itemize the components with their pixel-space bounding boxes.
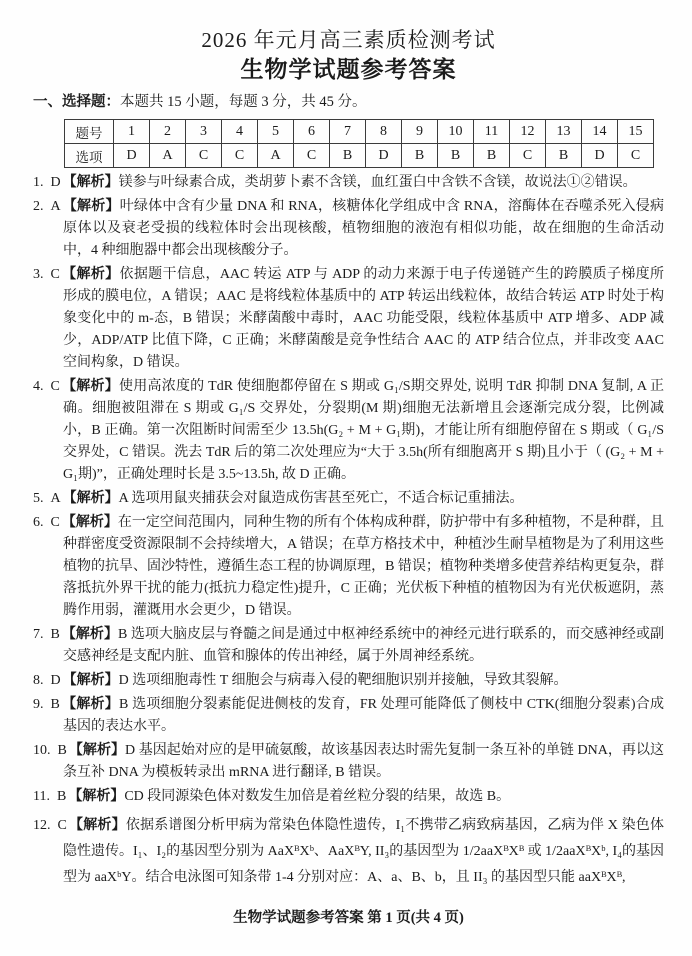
item-number: 11.	[33, 789, 50, 804]
item-number: 4.	[33, 379, 44, 394]
question-number-cell: 15	[618, 120, 654, 144]
explanation-item-10: 10.B【解析】D 基因起始对应的是甲硫氨酸，故该基因表达时需先复制一条互补的单…	[33, 740, 664, 784]
answer-cell: C	[294, 144, 330, 168]
analysis-tag: 【解析】	[62, 379, 119, 394]
item-text: D 基因起始对应的是甲硫氨酸，故该基因表达时需先复制一条互补的单链 DNA，再以…	[63, 743, 664, 780]
item-text: 叶绿体中含有少量 DNA 和 RNA，核糖体化学组成中含 RNA，溶酶体在吞噬杀…	[63, 199, 664, 258]
section-description: 本题共 15 小题，每题 3 分，共 45 分。	[120, 94, 367, 110]
row-header-question-number: 题号	[65, 120, 114, 144]
item-text: B 选项大脑皮层与脊髓之间是通过中枢神经系统中的神经元进行联系的，而交感神经或副…	[63, 627, 664, 664]
item-number: 6.	[33, 515, 44, 530]
item-number: 12.	[33, 818, 51, 833]
analysis-tag: 【解析】	[62, 627, 118, 642]
explanation-item-4: 4.C【解析】使用高浓度的 TdR 使细胞都停留在 S 期或 G₁/S期交界处,…	[33, 376, 664, 486]
section-label: 一、选择题：	[33, 94, 120, 110]
item-answer: C	[51, 379, 60, 394]
explanation-item-9: 9.B【解析】B 选项细胞分裂素能促进侧枝的发育，FR 处理可能降低了侧枝中 C…	[33, 694, 664, 738]
analysis-tag: 【解析】	[62, 267, 120, 282]
item-text: 镁参与叶绿素合成，类胡萝卜素不含镁，血红蛋白中含铁不含镁，故说法①②错误。	[119, 175, 637, 190]
answer-cell: B	[438, 144, 474, 168]
question-number-cell: 5	[258, 120, 294, 144]
answer-cell: A	[150, 144, 186, 168]
analysis-tag: 【解析】	[69, 743, 125, 758]
item-number: 3.	[33, 267, 44, 282]
question-number-cell: 12	[510, 120, 546, 144]
item-answer: C	[51, 267, 60, 282]
explanation-item-3: 3.C【解析】依据题干信息，AAC 转运 ATP 与 ADP 的动力来源于电子传…	[33, 264, 664, 374]
item-answer: C	[58, 818, 67, 833]
page-subtitle: 生物学试题参考答案	[33, 54, 664, 86]
question-number-cell: 9	[402, 120, 438, 144]
item-text: 依据系谱图分析甲病为常染色体隐性遗传，I₁不携带乙病致病基因，乙病为伴 X 染色…	[63, 818, 664, 885]
question-number-cell: 2	[150, 120, 186, 144]
question-number-cell: 7	[330, 120, 366, 144]
item-answer: B	[51, 697, 60, 712]
item-answer: D	[51, 673, 61, 688]
analysis-tag: 【解析】	[68, 789, 124, 804]
explanation-item-12: 12.C【解析】依据系谱图分析甲病为常染色体隐性遗传，I₁不携带乙病致病基因，乙…	[33, 813, 664, 891]
item-number: 8.	[33, 673, 44, 688]
section-heading: 一、选择题：本题共 15 小题，每题 3 分，共 45 分。	[33, 90, 664, 114]
answer-option-row: 选项 D A C C A C B D B B B C B D C	[65, 144, 654, 168]
answer-cell: C	[510, 144, 546, 168]
question-number-cell: 11	[474, 120, 510, 144]
item-number: 9.	[33, 697, 44, 712]
explanation-item-8: 8.D【解析】D 选项细胞毒性 T 细胞会与病毒入侵的靶细胞识别并接触，导致其裂…	[33, 670, 664, 692]
answer-cell: D	[114, 144, 150, 168]
question-number-cell: 8	[366, 120, 402, 144]
question-number-cell: 10	[438, 120, 474, 144]
item-answer: A	[51, 491, 61, 506]
analysis-tag: 【解析】	[69, 818, 126, 833]
page-title: 2026 年元月高三素质检测考试	[33, 26, 664, 54]
explanation-item-2: 2.A【解析】叶绿体中含有少量 DNA 和 RNA，核糖体化学组成中含 RNA，…	[33, 196, 664, 262]
item-number: 7.	[33, 627, 44, 642]
item-number: 10.	[33, 743, 51, 758]
question-number-cell: 13	[546, 120, 582, 144]
item-answer: B	[57, 789, 66, 804]
row-header-answer-option: 选项	[65, 144, 114, 168]
item-text: D 选项细胞毒性 T 细胞会与病毒入侵的靶细胞识别并接触，导致其裂解。	[119, 673, 568, 688]
item-text: B 选项细胞分裂素能促进侧枝的发育，FR 处理可能降低了侧枝中 CTK(细胞分裂…	[63, 697, 664, 734]
explanation-item-1: 1.D【解析】镁参与叶绿素合成，类胡萝卜素不含镁，血红蛋白中含铁不含镁，故说法①…	[33, 172, 664, 194]
item-answer: D	[51, 175, 61, 190]
answer-cell: D	[366, 144, 402, 168]
explanation-item-11: 11.B【解析】CD 段同源染色体对数发生加倍是着丝粒分裂的结果，故选 B。	[33, 786, 664, 808]
item-answer: B	[51, 627, 60, 642]
analysis-tag: 【解析】	[63, 491, 119, 506]
analysis-tag: 【解析】	[63, 673, 119, 688]
question-number-row: 题号 1 2 3 4 5 6 7 8 9 10 11 12 13 14 15	[65, 120, 654, 144]
item-answer: A	[51, 199, 61, 214]
question-number-cell: 4	[222, 120, 258, 144]
question-number-cell: 6	[294, 120, 330, 144]
question-number-cell: 14	[582, 120, 618, 144]
item-text: A 选项用鼠夹捕获会对鼠造成伤害甚至死亡，不适合标记重捕法。	[119, 491, 524, 506]
answer-cell: C	[222, 144, 258, 168]
page-footer: 生物学试题参考答案 第 1 页(共 4 页)	[33, 907, 664, 929]
item-number: 2.	[33, 199, 44, 214]
answer-cell: A	[258, 144, 294, 168]
explanation-list: 1.D【解析】镁参与叶绿素合成，类胡萝卜素不含镁，血红蛋白中含铁不含镁，故说法①…	[33, 172, 664, 891]
answer-cell: B	[330, 144, 366, 168]
analysis-tag: 【解析】	[63, 175, 119, 190]
item-text: CD 段同源染色体对数发生加倍是着丝粒分裂的结果，故选 B。	[124, 789, 510, 804]
answer-cell: C	[186, 144, 222, 168]
answer-cell: C	[618, 144, 654, 168]
item-text: 在一定空间范围内，同种生物的所有个体构成种群，防护带中有多种植物，不是种群，且种…	[63, 515, 664, 618]
document-page: 2026 年元月高三素质检测考试 生物学试题参考答案 一、选择题：本题共 15 …	[0, 0, 692, 956]
item-text: 使用高浓度的 TdR 使细胞都停留在 S 期或 G₁/S期交界处, 说明 TdR…	[63, 379, 664, 482]
item-number: 1.	[33, 175, 44, 190]
answer-cell: B	[402, 144, 438, 168]
question-number-cell: 1	[114, 120, 150, 144]
answer-cell: D	[582, 144, 618, 168]
answer-cell: B	[474, 144, 510, 168]
analysis-tag: 【解析】	[62, 515, 118, 530]
item-number: 5.	[33, 491, 44, 506]
answer-table: 题号 1 2 3 4 5 6 7 8 9 10 11 12 13 14 15 选…	[64, 119, 654, 168]
item-answer: C	[51, 515, 60, 530]
analysis-tag: 【解析】	[62, 697, 119, 712]
explanation-item-5: 5.A【解析】A 选项用鼠夹捕获会对鼠造成伤害甚至死亡，不适合标记重捕法。	[33, 488, 664, 510]
item-answer: B	[58, 743, 67, 758]
explanation-item-7: 7.B【解析】B 选项大脑皮层与脊髓之间是通过中枢神经系统中的神经元进行联系的，…	[33, 624, 664, 668]
question-number-cell: 3	[186, 120, 222, 144]
explanation-item-6: 6.C【解析】在一定空间范围内，同种生物的所有个体构成种群，防护带中有多种植物，…	[33, 512, 664, 622]
analysis-tag: 【解析】	[63, 199, 120, 214]
item-text: 依据题干信息，AAC 转运 ATP 与 ADP 的动力来源于电子传递链产生的跨膜…	[63, 267, 664, 370]
answer-cell: B	[546, 144, 582, 168]
